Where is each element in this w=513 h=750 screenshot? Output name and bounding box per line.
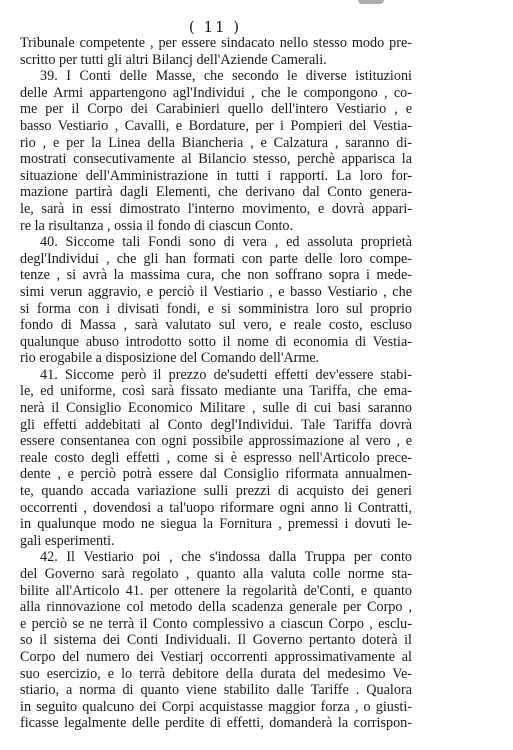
text-line: me per il Corpo dei Carabinieri quello d… bbox=[20, 101, 412, 118]
text-line: in qualunque modo ne siegua la Fornitura… bbox=[20, 516, 412, 533]
text-line: scritto per tutti gli altri Bilancj dell… bbox=[20, 52, 412, 69]
text-line: qualunque abuso introdotto sotto il nome… bbox=[20, 334, 412, 351]
text-line: degl'Individui , che gli han formati con… bbox=[20, 251, 412, 268]
text-line: in seguito qualcuno dei Corpi acquistass… bbox=[20, 699, 412, 716]
text-line: situazione dell'Amministrazione in tutti… bbox=[20, 168, 412, 185]
text-line: del Governo sarà regolato , quanto alla … bbox=[20, 566, 412, 583]
text-line: gli effetti addebitati al Conto degl'Ind… bbox=[20, 417, 412, 434]
text-line: 40. Siccome tali Fondi sono di vera , ed… bbox=[20, 234, 412, 251]
text-line: occorrenti , dovendosi a tal'uopo riform… bbox=[20, 500, 412, 517]
text-line: suo esercizio, e lo terrà debitore della… bbox=[20, 666, 412, 683]
text-line: le, sarà in essi dimostrato l'interno mo… bbox=[20, 201, 412, 218]
text-line: le, ed uniforme, così sarà fissato media… bbox=[20, 383, 412, 400]
text-line: tenze , si avrà la massima cura, che non… bbox=[20, 267, 412, 284]
text-line: 42. Il Vestiario poi , che s'indossa dal… bbox=[20, 549, 412, 566]
text-line: essere consentanea con ogni possibile ap… bbox=[20, 433, 412, 450]
text-line: mazione partirà dagli Elementi, che deri… bbox=[20, 184, 412, 201]
text-line: re la risultanza , ossia il fondo di cia… bbox=[20, 218, 412, 235]
text-line: 39. I Conti delle Masse, che secondo le … bbox=[20, 68, 412, 85]
text-line: rio , e per la Linea della Biancheria , … bbox=[20, 135, 412, 152]
page-number: ( 11 ) bbox=[0, 18, 430, 36]
text-line: Corpo del numero dei Vestiarj occorrenti… bbox=[20, 649, 412, 666]
text-line: nerà il Consiglio Economico Militare , s… bbox=[20, 400, 412, 417]
text-line: rio erogabile a disposizione del Comando… bbox=[20, 350, 412, 367]
text-line: dente , e perciò potrà essere dal Consig… bbox=[20, 466, 412, 483]
text-line: 41. Siccome però il prezzo de'sudetti ef… bbox=[20, 367, 412, 384]
text-line: e perciò se ne terrà il Conto complessiv… bbox=[20, 616, 412, 633]
text-line: Tribunale competente , per essere sindac… bbox=[20, 35, 412, 52]
text-line: gali esperimenti. bbox=[20, 533, 412, 550]
text-line: simi verun aggravio, e perciò il Vestiar… bbox=[20, 284, 412, 301]
body-text: Tribunale competente , per essere sindac… bbox=[20, 35, 412, 732]
text-line: ficasse legalmente delle perdite di effe… bbox=[20, 715, 412, 732]
text-line: basso Vestiario , Cavalli, e Bordature, … bbox=[20, 118, 412, 135]
text-line: stiario, a norma di quanto viene stabili… bbox=[20, 682, 412, 699]
text-line: si forma con i divisati fondi, e si somm… bbox=[20, 301, 412, 318]
text-line: bilite all'Articolo 41. per ottenere la … bbox=[20, 583, 412, 600]
text-line: reale costo degli effetti , come si è es… bbox=[20, 450, 412, 467]
text-line: alla rinnovazione col metodo della scade… bbox=[20, 599, 412, 616]
scan-artifact bbox=[358, 0, 384, 4]
text-line: te, quando accada variazione sulli prezz… bbox=[20, 483, 412, 500]
text-line: delle Armi appartengono agl'Individui , … bbox=[20, 85, 412, 102]
text-line: mostrati consecutivamente al Bilancio st… bbox=[20, 151, 412, 168]
text-line: so il sistema dei Conti Individuali. Il … bbox=[20, 632, 412, 649]
text-line: fondo di Massa , sarà valutato sul vero,… bbox=[20, 317, 412, 334]
